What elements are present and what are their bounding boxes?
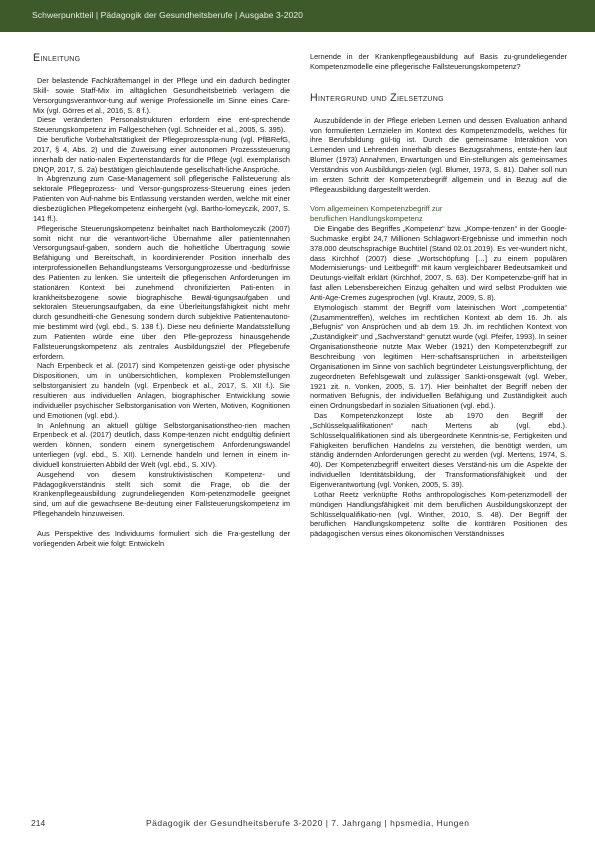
paragraph: Etymologisch stammt der Begriff vom late… bbox=[310, 303, 567, 411]
paragraph: In Abgrenzung zum Case-Management soll p… bbox=[33, 174, 290, 223]
paragraph: Die Eingabe des Begriffes „Kompetenz“ bz… bbox=[310, 224, 567, 303]
section-heading-hintergrund: Hintergrund und Zielsetzung bbox=[310, 92, 567, 104]
paragraph: Lothar Reetz verknüpfte Roths anthropolo… bbox=[310, 490, 567, 539]
spacer bbox=[310, 194, 567, 204]
subheading-line-1: Vom allgemeinen Kompetenzbegriff zur bbox=[310, 204, 567, 214]
paragraph: Auszubildende in der Pflege erleben Lern… bbox=[310, 116, 567, 195]
paragraph: Der belastende Fachkräftemangel in der P… bbox=[33, 76, 290, 115]
paragraph: Nach Erpenbeck et al. (2017) sind Kompet… bbox=[33, 361, 290, 420]
running-header-bar: Schwerpunktteil | Pädagogik der Gesundhe… bbox=[0, 0, 595, 32]
paragraph: Diese veränderten Personalstrukturen erf… bbox=[33, 115, 290, 135]
research-question-paragraph: Aus Perspektive des Individuums formulie… bbox=[33, 529, 290, 549]
paragraph: Pflegerische Steuerungskompetenz beinhal… bbox=[33, 224, 290, 362]
continued-paragraph: Lernende in der Krankenpflegeausbildung … bbox=[310, 52, 567, 72]
spacer bbox=[310, 72, 567, 92]
paragraph: Das Kompetenzkonzept löste ab 1970 den B… bbox=[310, 411, 567, 490]
paragraph: Ausgehend von diesem konstruktivistische… bbox=[33, 470, 290, 519]
paragraph: In Anlehnung an aktuell gültige Selbstor… bbox=[33, 421, 290, 470]
journal-citation: Pädagogik der Gesundheitsberufe 3-2020 |… bbox=[146, 818, 469, 828]
subheading-line-2: beruflichen Handlungskompetenz bbox=[310, 214, 567, 224]
left-column: Einleitung Der belastende Fachkräftemang… bbox=[33, 52, 290, 549]
paragraph: Die berufliche Vorbehaltstätigkeit der P… bbox=[33, 135, 290, 174]
page-number: 214 bbox=[31, 818, 45, 828]
running-header-title: Schwerpunktteil | Pädagogik der Gesundhe… bbox=[32, 10, 303, 20]
right-column: Lernende in der Krankenpflegeausbildung … bbox=[310, 52, 567, 539]
section-heading-einleitung: Einleitung bbox=[33, 52, 290, 64]
spacer bbox=[33, 519, 290, 529]
